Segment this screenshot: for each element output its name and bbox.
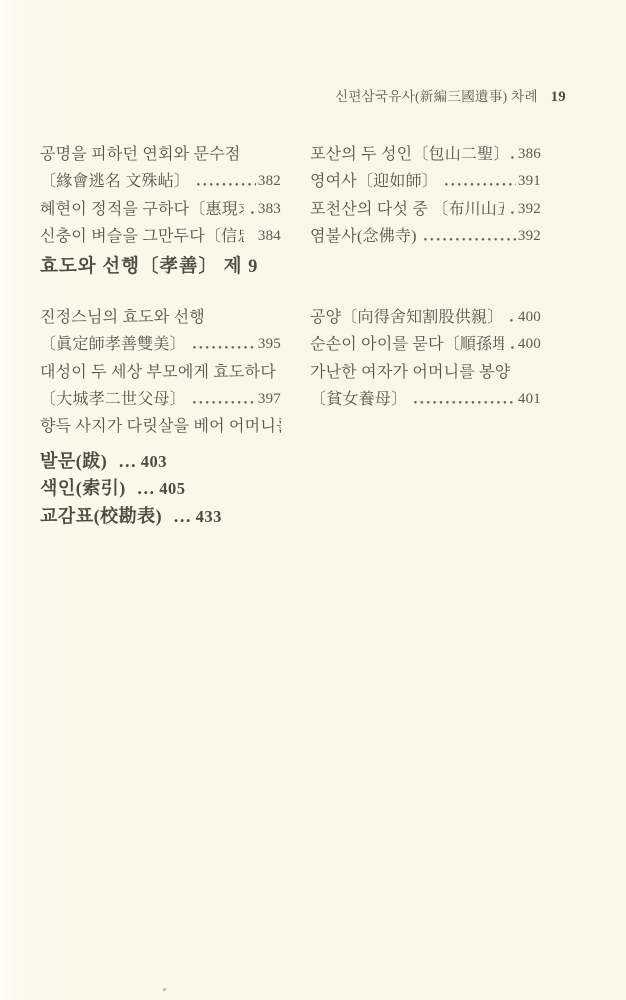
- running-head-title: 신편삼국유사(新編三國遺事) 차례: [335, 89, 538, 104]
- back-matter-entry: 교감표(校勘表) … 433: [40, 503, 222, 530]
- dot-leader: [423, 223, 516, 250]
- dot-leader: [196, 168, 256, 195]
- back-matter-label: 색인(索引): [40, 475, 126, 502]
- toc-entry-page: 395: [258, 331, 281, 358]
- toc-entry-label: 대성이 두 세상 부모에게 효도하다: [40, 359, 276, 386]
- spacer: [250, 223, 256, 250]
- toc-entry-page: 397: [258, 386, 281, 413]
- toc-entry-label: 〔眞定師孝善雙美〕: [40, 331, 186, 358]
- dot-leader: …: [173, 503, 193, 530]
- back-matter-list: 발문(跋) … 403 색인(索引) … 405 교감표(校勘表) … 433: [40, 448, 222, 530]
- toc-entry: 향득 사지가 다릿살을 베어 어머니를: [40, 413, 281, 440]
- toc-entry: 포천산의 다섯 중 〔布川山五比丘〕 392: [310, 196, 541, 223]
- dot-leader: [192, 331, 256, 358]
- toc-entry-label: 영여사〔迎如師〕: [310, 168, 438, 195]
- toc-entry: 공양〔向得舍知割股供親〕 400: [310, 304, 541, 331]
- toc-entry: 혜현이 정적을 구하다〔惠現求靜〕 383: [40, 196, 281, 223]
- toc-entry-label: 공명을 피하던 연회와 문수점: [40, 141, 240, 168]
- scan-speck: [163, 988, 166, 991]
- back-matter-page: 433: [196, 503, 222, 530]
- back-matter-entry: 색인(索引) … 405: [40, 475, 222, 502]
- dot-leader: [250, 196, 256, 223]
- toc-entry: 영여사〔迎如師〕 391: [310, 168, 541, 195]
- dot-leader: [444, 168, 516, 195]
- toc-entry-page: 391: [518, 168, 541, 195]
- toc-entry-label: 혜현이 정적을 구하다〔惠現求靜〕: [40, 196, 244, 223]
- dot-leader: …: [137, 475, 157, 502]
- dot-leader: [510, 141, 516, 168]
- section-heading: 효도와 선행〔孝善〕 제 9: [40, 252, 258, 282]
- running-head-page-number: 19: [551, 89, 566, 105]
- book-page: 신편삼국유사(新編三國遺事) 차례19 공명을 피하던 연회와 문수점 〔緣會逃…: [0, 0, 626, 1000]
- toc-entry: 공명을 피하던 연회와 문수점: [40, 141, 281, 168]
- toc-entry-label: 〔大城孝二世父母〕: [40, 386, 186, 413]
- toc-entry: 가난한 여자가 어머니를 봉양: [310, 359, 541, 386]
- toc-entry: 대성이 두 세상 부모에게 효도하다: [40, 359, 281, 386]
- dot-leader: [192, 386, 256, 413]
- toc-entry: 〔大城孝二世父母〕 397: [40, 386, 281, 413]
- toc-column-mid-left: 진정스님의 효도와 선행 〔眞定師孝善雙美〕 395 대성이 두 세상 부모에게…: [40, 304, 281, 440]
- toc-column-top-left: 공명을 피하던 연회와 문수점 〔緣會逃名 文殊岾〕 382 혜현이 정적을 구…: [40, 141, 281, 250]
- toc-entry: 〔貧女養母〕 401: [310, 386, 541, 413]
- running-head: 신편삼국유사(新編三國遺事) 차례19: [335, 85, 566, 106]
- toc-entry-page: 383: [258, 196, 281, 223]
- toc-entry-label: 진정스님의 효도와 선행: [40, 304, 205, 331]
- toc-entry-page: 382: [258, 168, 281, 195]
- toc-entry-page: 392: [518, 196, 541, 223]
- toc-column-mid-right: 공양〔向得舍知割股供親〕 400 순손이 아이를 묻다〔順孫埋兒〕 400 가난…: [310, 304, 541, 413]
- back-matter-entry: 발문(跋) … 403: [40, 448, 222, 475]
- toc-entry-label: 〔貧女養母〕: [310, 386, 407, 413]
- back-matter-page: 403: [141, 448, 167, 475]
- toc-entry-page: 392: [518, 223, 541, 250]
- toc-entry-label: 포천산의 다섯 중 〔布川山五比丘〕: [310, 196, 504, 223]
- toc-entry: 포산의 두 성인〔包山二聖〕 386: [310, 141, 541, 168]
- toc-entry-label: 〔緣會逃名 文殊岾〕: [40, 168, 190, 195]
- toc-entry-label: 염불사(念佛寺): [310, 223, 417, 250]
- toc-entry: 신충이 벼슬을 그만두다〔信忠掛冠〕 384: [40, 223, 281, 250]
- dot-leader: [510, 196, 516, 223]
- toc-entry-label: 신충이 벼슬을 그만두다〔信忠掛冠〕: [40, 223, 244, 250]
- toc-entry-label: 향득 사지가 다릿살을 베어 어머니를: [40, 413, 281, 440]
- toc-entry-label: 공양〔向得舍知割股供親〕: [310, 304, 503, 331]
- toc-entry-label: 가난한 여자가 어머니를 봉양: [310, 359, 510, 386]
- toc-entry-page: 384: [258, 223, 281, 250]
- back-matter-label: 발문(跋): [40, 448, 107, 475]
- back-matter-page: 405: [159, 475, 185, 502]
- toc-entry-page: 386: [518, 141, 541, 168]
- toc-entry-label: 순손이 아이를 묻다〔順孫埋兒〕: [310, 331, 504, 358]
- toc-entry: 염불사(念佛寺) 392: [310, 223, 541, 250]
- toc-entry-page: 400: [518, 304, 541, 331]
- dot-leader: [510, 331, 516, 358]
- back-matter-label: 교감표(校勘表): [40, 503, 162, 530]
- dot-leader: [509, 304, 516, 331]
- toc-entry: 〔緣會逃名 文殊岾〕 382: [40, 168, 281, 195]
- toc-entry: 진정스님의 효도와 선행: [40, 304, 281, 331]
- toc-entry: 〔眞定師孝善雙美〕 395: [40, 331, 281, 358]
- dot-leader: [413, 386, 516, 413]
- toc-entry: 순손이 아이를 묻다〔順孫埋兒〕 400: [310, 331, 541, 358]
- toc-column-top-right: 포산의 두 성인〔包山二聖〕 386 영여사〔迎如師〕 391 포천산의 다섯 …: [310, 141, 541, 250]
- toc-entry-label: 포산의 두 성인〔包山二聖〕: [310, 141, 504, 168]
- dot-leader: …: [118, 448, 138, 475]
- toc-entry-page: 401: [518, 386, 541, 413]
- toc-entry-page: 400: [518, 331, 541, 358]
